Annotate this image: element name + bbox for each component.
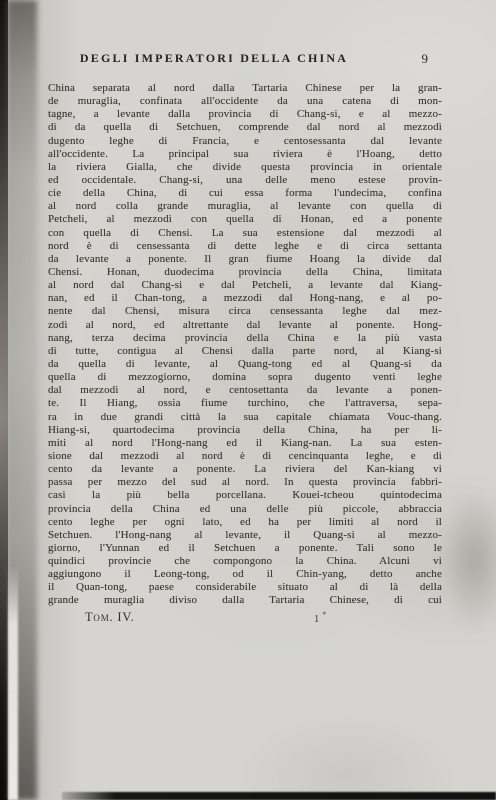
text-column: DEGLI IMPERATORI DELLA CHINA 9 China sep… (48, 0, 442, 800)
text-line: miti al nord l'Hong-nang ed il Kiang-nan… (48, 437, 442, 450)
text-line: provincia della China ed una delle più p… (48, 503, 442, 516)
text-line: giorno, l'Yunnan ed il Setchuen a ponent… (48, 542, 442, 555)
text-line: Setchuen. l'Hong-nang al levante, il Qua… (48, 529, 442, 542)
text-line: dì da quella di Setchuen, comprende dal … (48, 121, 442, 134)
text-line: dugento leghe di Francia, e centosessant… (48, 135, 442, 148)
text-line: cento leghe per ogni lato, ed ha per lim… (48, 516, 442, 529)
body-text: China separata al nord dalla Tartaria Ch… (48, 82, 442, 608)
text-line: grande muraglia diviso dalla Tartaria Ch… (48, 594, 442, 607)
text-line: nan, ed il Chan-tong, a mezzodì dal Hong… (48, 292, 442, 305)
corner-stain (440, 490, 496, 630)
text-line: de muraglia, confinata all'occidente da … (48, 95, 442, 108)
page-number: 9 (422, 51, 429, 67)
text-line: nang, terza decima provincia della China… (48, 332, 442, 345)
signature-number: 1 (314, 614, 319, 625)
text-line: quindici provincie che compongono la Chi… (48, 555, 442, 568)
volume-label: Tom. IV. (85, 610, 135, 625)
text-line: con quella di Chensi. La sua estensione … (48, 227, 442, 240)
text-line: nente dal Chensi, misura circa censessan… (48, 305, 442, 318)
running-title: DEGLI IMPERATORI DELLA CHINA (80, 51, 348, 66)
text-line: ra in due grandi città la sua capitale c… (48, 411, 442, 424)
text-line: cento da levante a ponente. La riviera d… (48, 463, 442, 476)
text-line: sione dal mezzodì al nord è di cencinqua… (48, 450, 442, 463)
text-line: Hiang-si, quartodecima provincia della C… (48, 424, 442, 437)
text-line: aggiungono il Leong-tong, od il Chin-yan… (48, 568, 442, 581)
text-line: da levante a ponente. Il gran fiume Hoan… (48, 253, 442, 266)
signature-star: * (322, 610, 326, 619)
text-line: Chensi. Honan, duodecima provincia della… (48, 266, 442, 279)
text-line: da quella di levante, al Quang-tong ed a… (48, 358, 442, 371)
text-line: zodì al nord, ed altrettante dal levante… (48, 319, 442, 332)
text-line: al nord colla grande muraglia, al levant… (48, 200, 442, 213)
text-line: tagne, a levante dalla provincia di Chan… (48, 108, 442, 121)
text-line: passa per mezzo del sud al nord. In ques… (48, 476, 442, 489)
text-line: cie della China, di cui essa forma l'und… (48, 187, 442, 200)
text-line: di tutte, contigua al Chensi dalla parte… (48, 345, 442, 358)
scanned-book-page: DEGLI IMPERATORI DELLA CHINA 9 China sep… (0, 0, 496, 800)
text-line: al nord dal Chang-si e dal Petcheli, a l… (48, 279, 442, 292)
text-line: casi la più bella porcellana. Kouei-tche… (48, 489, 442, 502)
text-line: quella di mezzogiorno, domina sopra duge… (48, 371, 442, 384)
text-line: la riviera Gialla, che divide questa pro… (48, 161, 442, 174)
text-line: il Quan-tong, paese considerabile situat… (48, 581, 442, 594)
torn-paper-edge (8, 565, 18, 800)
text-line: ed occidentale. Chang-si, una delle meno… (48, 174, 442, 187)
signature-mark: 1* (314, 610, 326, 625)
text-line: dal mezzodì al nord, e centosettanta da … (48, 384, 442, 397)
running-head: DEGLI IMPERATORI DELLA CHINA 9 (48, 51, 442, 68)
text-line: nord è di censessanta di dette leghe e d… (48, 240, 442, 253)
text-line: te. Il Hiang, ossia fiume turchino, che … (48, 397, 442, 410)
text-line: Petcheli, al mezzodì con quella di Honan… (48, 213, 442, 226)
text-line: all'occidente. La principal sua riviera … (48, 148, 442, 161)
page-footer: Tom. IV. 1* (48, 610, 442, 628)
text-line: China separata al nord dalla Tartaria Ch… (48, 82, 442, 95)
